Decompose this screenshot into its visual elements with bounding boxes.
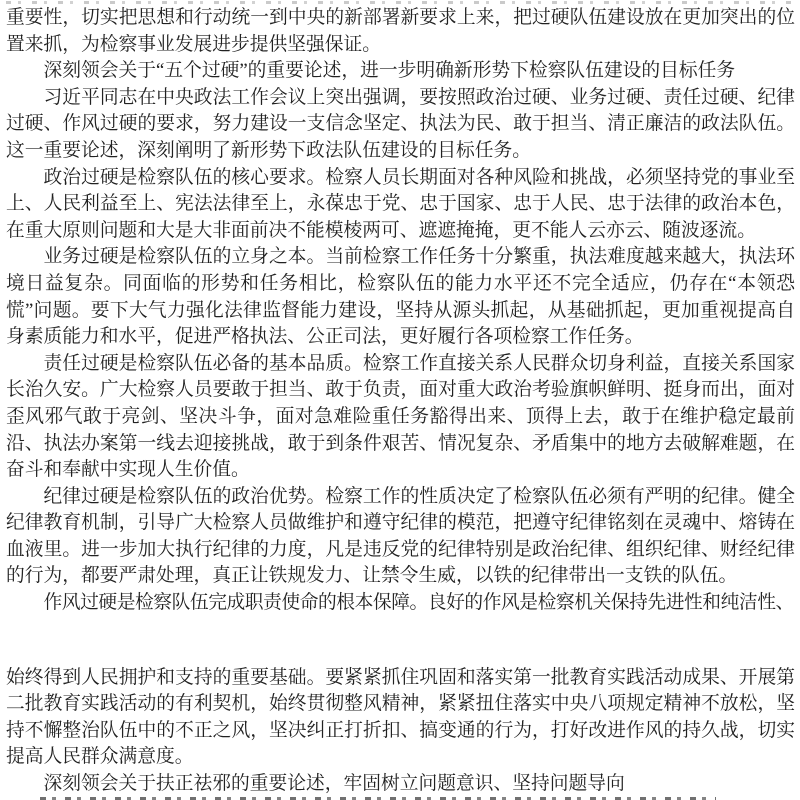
body-paragraph: 政治过硬是检察队伍的核心要求。检察人员长期面对各种风险和挑战，必须坚持党的事业至…	[6, 165, 795, 245]
document-text: 重要性，切实把思想和行动统一到中央的新部署新要求上来，把过硬队伍建设放在更加突出…	[6, 5, 795, 798]
body-paragraph: 重要性，切实把思想和行动统一到中央的新部署新要求上来，把过硬队伍建设放在更加突出…	[6, 5, 795, 58]
document-page: 重要性，切实把思想和行动统一到中央的新部署新要求上来，把过硬队伍建设放在更加突出…	[0, 0, 800, 800]
clipped-line-top	[6, 1, 794, 4]
body-paragraph: 业务过硬是检察队伍的立身之本。当前检察工作任务十分繁重，执法难度越来越大，执法环…	[6, 244, 795, 350]
page-break-gap	[6, 617, 795, 665]
body-paragraph: 作风过硬是检察队伍完成职责使命的根本保障。良好的作风是检察机关保持先进性和纯洁性…	[6, 590, 795, 617]
body-paragraph: 纪律过硬是检察队伍的政治优势。检察工作的性质决定了检察队伍必须有严明的纪律。健全…	[6, 484, 795, 590]
body-paragraph: 始终得到人民拥护和支持的重要基础。要紧紧抓住巩固和落实第一批教育实践活动成果、开…	[6, 665, 795, 771]
section-heading: 深刻领会关于扶正祛邪的重要论述，牢固树立问题意识、坚持问题导向	[6, 771, 795, 798]
body-paragraph: 责任过硬是检察队伍必备的基本品质。检察工作直接关系人民群众切身利益，直接关系国家…	[6, 351, 795, 484]
body-paragraph: 习近平同志在中央政法工作会议上突出强调，要按照政治过硬、业务过硬、责任过硬、纪律…	[6, 85, 795, 165]
section-heading: 深刻领会关于“五个过硬”的重要论述，进一步明确新形势下检察队伍建设的目标任务	[6, 58, 795, 85]
